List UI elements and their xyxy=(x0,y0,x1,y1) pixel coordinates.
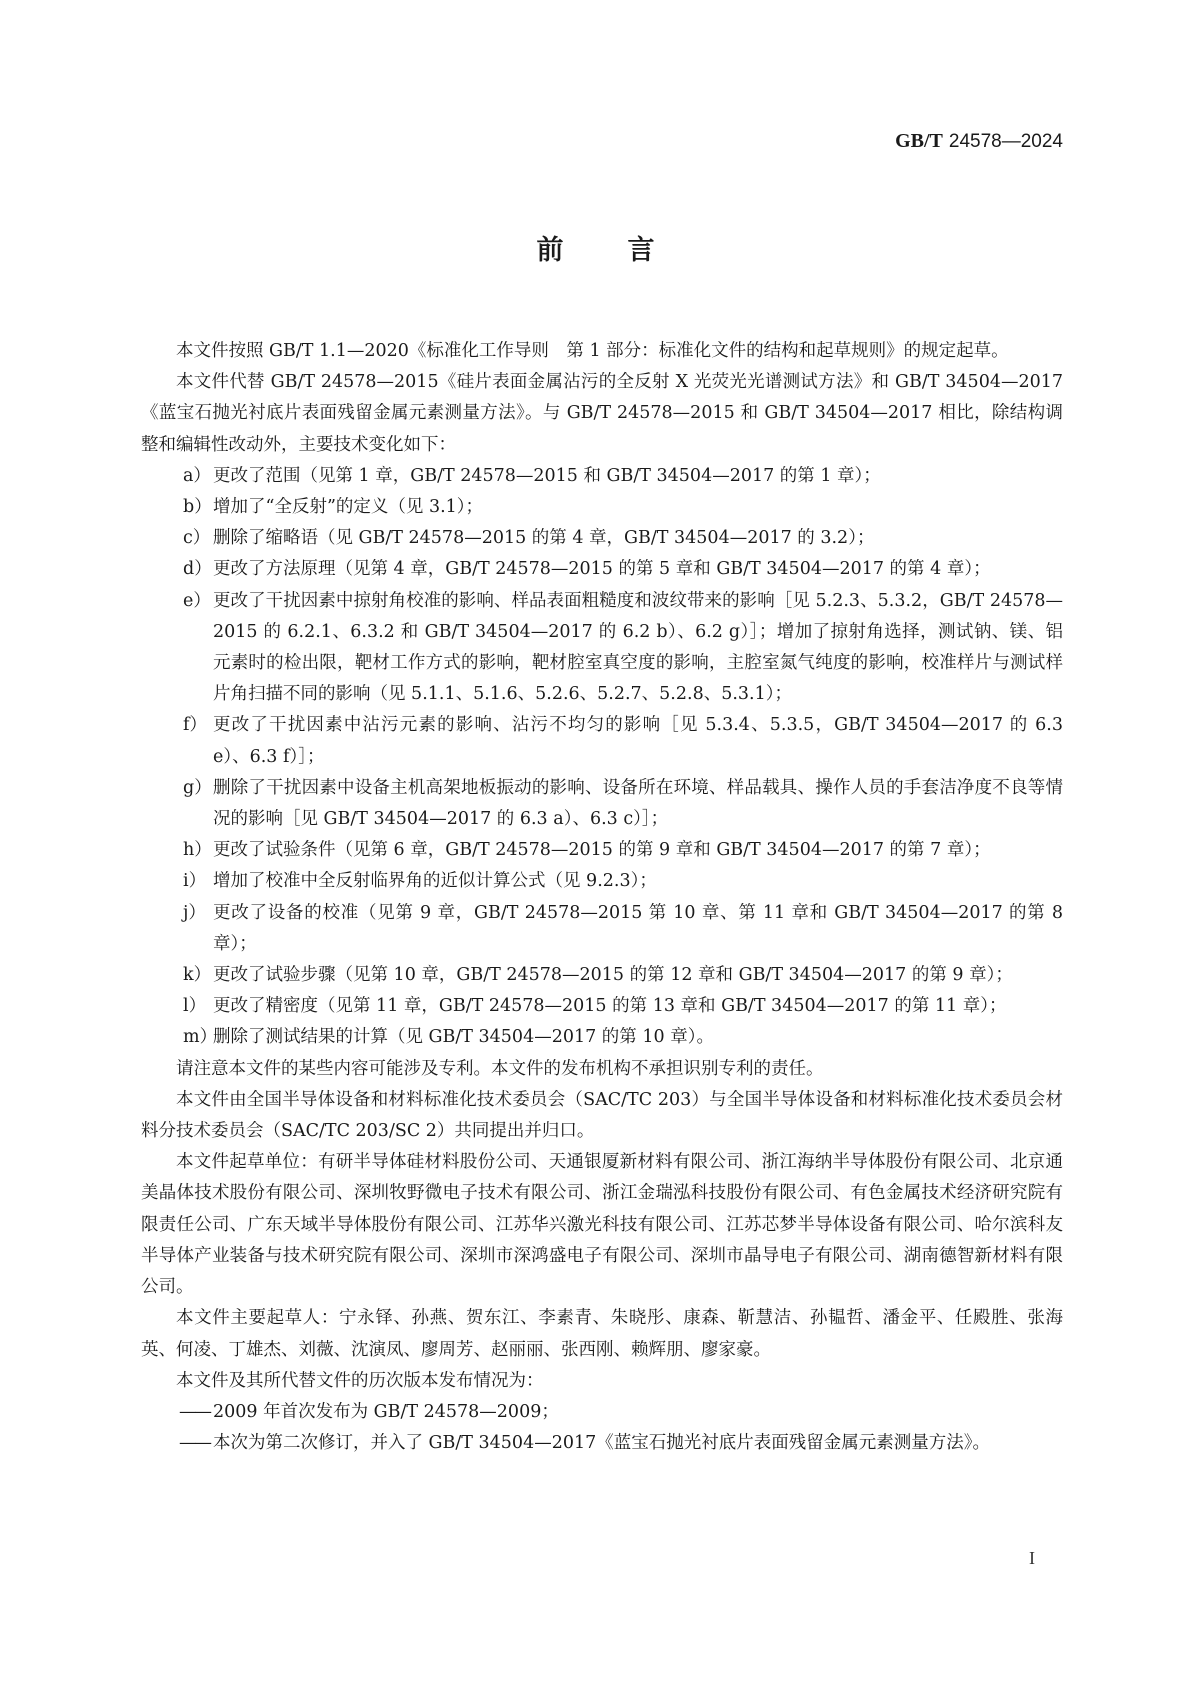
document-body: 本文件按照 GB/T 1.1—2020《标准化工作导则 第 1 部分：标准化文件… xyxy=(141,336,1063,1459)
history-item-text: 2009 年首次发布为 GB/T 24578—2009； xyxy=(213,1402,559,1422)
list-item-label: g） xyxy=(183,773,212,804)
list-item-label: j） xyxy=(183,898,206,929)
drafting-organizations: 本文件起草单位：有研半导体硅材料股份公司、天通银厦新材料有限公司、浙江海纳半导体… xyxy=(141,1147,1063,1303)
list-item-text: 删除了干扰因素中设备主机高架地板振动的影响、设备所在环境、样品载具、操作人员的手… xyxy=(213,778,1063,829)
list-item-text: 更改了设备的校准（见第 9 章，GB/T 24578—2015 第 10 章、第… xyxy=(213,903,1063,954)
changes-list: a）更改了范围（见第 1 章，GB/T 24578—2015 和 GB/T 34… xyxy=(141,461,1063,1054)
list-item: j）更改了设备的校准（见第 9 章，GB/T 24578—2015 第 10 章… xyxy=(141,898,1063,960)
page-number: I xyxy=(1029,1548,1035,1569)
dash-marker: —— xyxy=(179,1397,210,1428)
list-item-label: a） xyxy=(183,461,211,492)
main-drafters: 本文件主要起草人：宁永铎、孙燕、贺东江、李素青、朱晓彤、康森、靳慧洁、孙韫哲、潘… xyxy=(141,1303,1063,1365)
list-item: g）删除了干扰因素中设备主机高架地板振动的影响、设备所在环境、样品载具、操作人员… xyxy=(141,773,1063,835)
list-item-label: d） xyxy=(183,554,212,585)
dash-marker: —— xyxy=(179,1428,210,1459)
list-item-label: k） xyxy=(183,960,211,991)
list-item: i）增加了校准中全反射临界角的近似计算公式（见 9.2.3）； xyxy=(141,866,1063,897)
list-item-text: 更改了干扰因素中掠射角校准的影响、样品表面粗糙度和波纹带来的影响［见 5.2.3… xyxy=(213,591,1063,705)
list-item: m）删除了测试结果的计算（见 GB/T 34504—2017 的第 10 章）。 xyxy=(141,1022,1063,1053)
page-title: 前言 xyxy=(0,228,1191,267)
list-item-label: c） xyxy=(183,523,210,554)
list-item-label: i） xyxy=(183,866,206,897)
list-item-label: l） xyxy=(183,991,206,1022)
list-item: l）更改了精密度（见第 11 章，GB/T 24578—2015 的第 13 章… xyxy=(141,991,1063,1022)
list-item-text: 更改了试验步骤（见第 10 章，GB/T 24578—2015 的第 12 章和… xyxy=(213,965,1013,985)
list-item-text: 更改了精密度（见第 11 章，GB/T 24578—2015 的第 13 章和 … xyxy=(213,996,1006,1016)
list-item: a）更改了范围（见第 1 章，GB/T 24578—2015 和 GB/T 34… xyxy=(141,461,1063,492)
list-item-text: 更改了方法原理（见第 4 章，GB/T 24578—2015 的第 5 章和 G… xyxy=(213,559,991,579)
list-item: h）更改了试验条件（见第 6 章，GB/T 24578—2015 的第 9 章和… xyxy=(141,835,1063,866)
standard-number: 24578—2024 xyxy=(949,131,1063,152)
list-item: f）更改了干扰因素中沾污元素的影响、沾污不均匀的影响［见 5.3.4、5.3.5… xyxy=(141,710,1063,772)
list-item-text: 删除了缩略语（见 GB/T 24578—2015 的第 4 章，GB/T 345… xyxy=(213,528,874,548)
list-item: e）更改了干扰因素中掠射角校准的影响、样品表面粗糙度和波纹带来的影响［见 5.2… xyxy=(141,586,1063,711)
list-item-text: 删除了测试结果的计算（见 GB/T 34504—2017 的第 10 章）。 xyxy=(213,1027,714,1047)
list-item-text: 更改了干扰因素中沾污元素的影响、沾污不均匀的影响［见 5.3.4、5.3.5，G… xyxy=(213,715,1063,766)
history-intro: 本文件及其所代替文件的历次版本发布情况为： xyxy=(141,1366,1063,1397)
list-item-text: 更改了试验条件（见第 6 章，GB/T 24578—2015 的第 9 章和 G… xyxy=(213,840,991,860)
list-item-label: h） xyxy=(183,835,212,866)
proposing-committee: 本文件由全国半导体设备和材料标准化技术委员会（SAC/TC 203）与全国半导体… xyxy=(141,1085,1063,1147)
list-item-text: 更改了范围（见第 1 章，GB/T 24578—2015 和 GB/T 3450… xyxy=(213,466,881,486)
list-item-text: 增加了“全反射”的定义（见 3.1）； xyxy=(213,497,483,517)
list-item: k）更改了试验步骤（见第 10 章，GB/T 24578—2015 的第 12 … xyxy=(141,960,1063,991)
intro-paragraph-1: 本文件按照 GB/T 1.1—2020《标准化工作导则 第 1 部分：标准化文件… xyxy=(141,336,1063,367)
standard-code-header: GB/T24578—2024 xyxy=(895,130,1063,153)
patent-notice: 请注意本文件的某些内容可能涉及专利。本文件的发布机构不承担识别专利的责任。 xyxy=(141,1054,1063,1085)
list-item-text: 增加了校准中全反射临界角的近似计算公式（见 9.2.3）； xyxy=(213,871,657,891)
list-item-label: m） xyxy=(183,1022,217,1053)
list-item-label: e） xyxy=(183,586,211,617)
list-item-label: f） xyxy=(183,710,207,741)
standard-prefix: GB/T xyxy=(895,130,943,152)
intro-paragraph-2: 本文件代替 GB/T 24578—2015《硅片表面金属沾污的全反射 X 光荧光… xyxy=(141,367,1063,461)
history-item: ——本次为第二次修订，并入了 GB/T 34504—2017《蓝宝石抛光衬底片表… xyxy=(141,1428,1063,1459)
list-item: d）更改了方法原理（见第 4 章，GB/T 24578—2015 的第 5 章和… xyxy=(141,554,1063,585)
list-item: c）删除了缩略语（见 GB/T 24578—2015 的第 4 章，GB/T 3… xyxy=(141,523,1063,554)
list-item: b）增加了“全反射”的定义（见 3.1）； xyxy=(141,492,1063,523)
version-history-list: ——2009 年首次发布为 GB/T 24578—2009； ——本次为第二次修… xyxy=(141,1397,1063,1459)
list-item-label: b） xyxy=(183,492,212,523)
history-item-text: 本次为第二次修订，并入了 GB/T 34504—2017《蓝宝石抛光衬底片表面残… xyxy=(213,1433,990,1453)
history-item: ——2009 年首次发布为 GB/T 24578—2009； xyxy=(141,1397,1063,1428)
